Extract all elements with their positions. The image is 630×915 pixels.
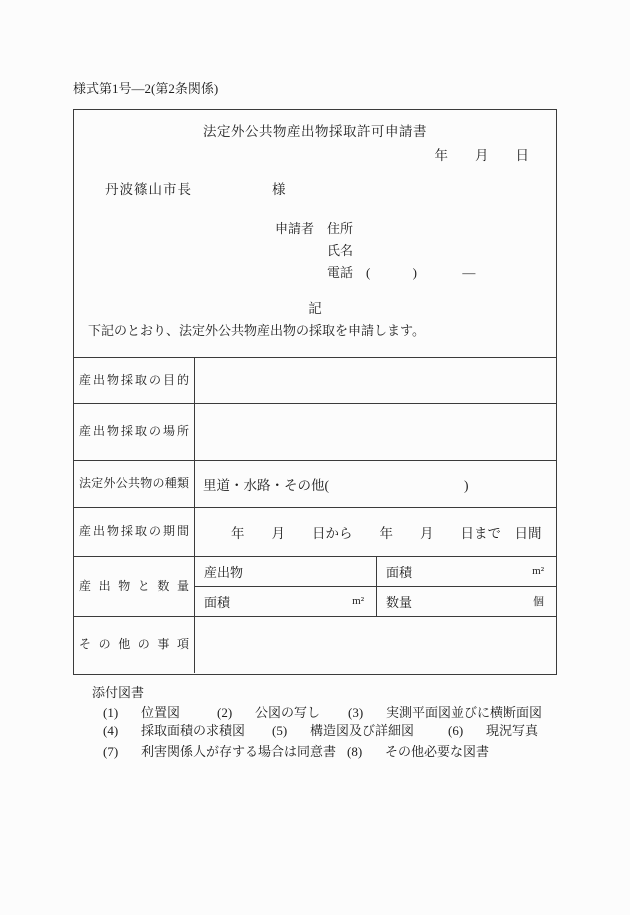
quantity-label-cell: 産出物と数量 [74,557,195,616]
application-statement: 下記のとおり、法定外公共物産出物の採取を申請します。 [88,323,425,339]
attachment-item: (8) その他必要な図書 [347,744,489,760]
document-page: 様式第1号—2(第2条関係) 法定外公共物産出物採取許可申請書 年 月 日 丹波… [0,0,630,915]
attachment-text: 実測平面図並びに横断面図 [386,705,542,721]
attachment-item: (7) 利害関係人が存する場合は同意書 [103,744,336,760]
quantity-cell-area-1-label: 面積 [386,562,412,581]
attachment-text: 公図の写し [255,705,320,721]
attachment-text: 位置図 [141,705,180,721]
kind-label-cell: 法定外公共物の種類 [74,461,195,507]
quantity-cell-count: 数量 個 [376,587,556,617]
applicant-address-label: 住所 [327,221,353,237]
place-label: 産出物採取の場所 [74,424,194,440]
date-line: 年 月 日 [435,148,530,165]
attachment-text: その他必要な図書 [385,744,489,760]
row-kind: 法定外公共物の種類 里道・水路・その他( ) [74,460,556,507]
other-value-cell [195,617,556,673]
attachment-number: (2) [217,705,255,721]
attachment-item: (3) 実測平面図並びに横断面図 [348,705,542,721]
purpose-label: 産出物採取の目的 [74,373,194,389]
details-table: 産出物採取の目的 産出物採取の場所 法定外公共物の種類 [74,357,556,673]
place-label-cell: 産出物採取の場所 [74,404,195,460]
period-label: 産出物採取の期間 [74,524,194,540]
ki-heading: 記 [74,301,556,318]
row-quantity: 産出物と数量 産出物 面積 m² 面積 m² [74,556,556,616]
attachment-text: 現況写真 [486,723,538,739]
quantity-cell-area-2-label: 面積 [204,592,230,611]
attachment-item: (5) 構造図及び詳細図 [272,723,414,739]
quantity-cell-area-2: 面積 m² [195,587,376,617]
other-label-cell: その他の事項 [74,617,195,673]
quantity-cell-area-1: 面積 m² [376,557,556,587]
attachment-item: (2) 公図の写し [217,705,320,721]
attachment-number: (3) [348,705,386,721]
attachments-heading: 添付図書 [92,685,144,701]
period-label-cell: 産出物採取の期間 [74,508,195,556]
applicant-label: 申請者 [275,221,314,237]
honorific-sama: 様 [272,182,286,199]
kind-value-cell: 里道・水路・その他( ) [195,461,556,507]
attachment-number: (7) [103,744,141,760]
place-value-cell [195,404,556,460]
attachment-number: (4) [103,723,141,739]
attachment-item: (6) 現況写真 [448,723,538,739]
quantity-label: 産出物と数量 [74,579,194,595]
period-value: 年 月 日から 年 月 日まで 日間 [195,522,542,542]
row-purpose: 産出物採取の目的 [74,357,556,403]
purpose-value-cell [195,358,556,403]
row-period: 産出物採取の期間 年 月 日から 年 月 日まで 日間 [74,507,556,556]
attachment-text: 構造図及び詳細図 [310,723,414,739]
quantity-cell-area-1-unit: m² [532,565,544,577]
quantity-cell-count-unit: 個 [533,593,544,609]
kind-label: 法定外公共物の種類 [74,476,194,492]
purpose-label-cell: 産出物採取の目的 [74,358,195,403]
form-number-label: 様式第1号—2(第2条関係) [73,81,218,97]
quantity-cell-area-2-unit: m² [352,595,364,607]
quantity-grid: 産出物 面積 m² 面積 m² 数量 個 [195,557,556,616]
form-title: 法定外公共物産出物採取許可申請書 [74,124,556,141]
quantity-cell-product: 産出物 [195,557,376,587]
quantity-cell-count-label: 数量 [386,592,412,611]
other-label: その他の事項 [74,637,194,653]
applicant-phone-line: 電話 ( ) — [327,265,475,281]
attachment-text: 利害関係人が存する場合は同意書 [141,744,336,760]
attachment-number: (1) [103,705,141,721]
row-other: その他の事項 [74,616,556,673]
addressee-mayor: 丹波篠山市長 [105,182,192,199]
attachment-text: 採取面積の求積図 [141,723,245,739]
application-form-box: 法定外公共物産出物採取許可申請書 年 月 日 丹波篠山市長 様 申請者 住所 氏… [73,109,557,675]
attachment-number: (8) [347,744,385,760]
period-value-cell: 年 月 日から 年 月 日まで 日間 [195,508,556,556]
attachment-number: (5) [272,723,310,739]
quantity-cell-product-label: 産出物 [204,562,243,581]
applicant-name-label: 氏名 [327,243,353,259]
row-place: 産出物採取の場所 [74,403,556,460]
kind-value: 里道・水路・その他( ) [195,474,469,494]
attachment-item: (1) 位置図 [103,705,180,721]
attachment-item: (4) 採取面積の求積図 [103,723,245,739]
attachment-number: (6) [448,723,486,739]
